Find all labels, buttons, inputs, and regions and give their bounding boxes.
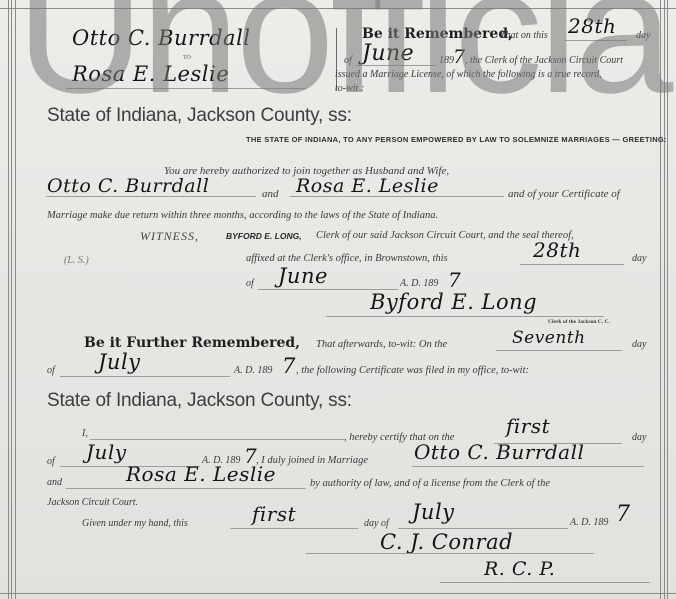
left-border-line-inner	[11, 0, 12, 599]
header-year-prefix: 189	[439, 55, 454, 66]
header-day-label: day	[636, 30, 650, 41]
header-bracket	[336, 28, 337, 90]
header-issued-text: issued a Marriage License, of which the …	[335, 69, 602, 80]
given-month-line	[398, 528, 568, 529]
seal-label: (L. S.)	[64, 255, 89, 266]
given-month: July	[412, 500, 455, 524]
state-heading-1: State of Indiana, Jackson County, ss:	[47, 105, 352, 127]
court-text: Jackson Circuit Court.	[47, 497, 138, 508]
officiant-signature: C. J. Conrad	[380, 530, 513, 554]
header-bride-name: Rosa E. Leslie	[72, 62, 229, 86]
further-day-word: Seventh	[512, 328, 586, 348]
license-of-label: of	[246, 278, 254, 289]
license-day-line	[520, 264, 624, 265]
state-heading-2: State of Indiana, Jackson County, ss:	[47, 390, 352, 412]
that-on-this-text: That on this	[500, 30, 548, 41]
given-ad-label: A. D. 189	[570, 517, 608, 528]
header-year-digit: 7	[453, 46, 466, 68]
certificate-of-label: of	[47, 456, 55, 467]
certificate-groom-name: Otto C. Burrdall	[414, 440, 584, 464]
certificate-month: July	[86, 440, 127, 464]
certificate-day-label: day	[632, 432, 646, 443]
certificate-and-label: and	[47, 477, 62, 488]
certificate-bride-name: Rosa E. Leslie	[126, 462, 276, 486]
bottom-border-line	[0, 593, 676, 594]
left-border-line	[8, 0, 9, 599]
right-border-line	[660, 0, 661, 599]
right-border-line-2	[664, 0, 665, 599]
header-month: June	[362, 41, 414, 66]
given-text: Given under my hand, this	[82, 518, 188, 529]
clerk-signature-line	[326, 316, 604, 317]
greeting-line: THE STATE OF INDIANA, TO ANY PERSON EMPO…	[246, 135, 667, 144]
bride-name-line	[66, 88, 306, 89]
right-border-line-3	[667, 0, 668, 599]
left-border-line-inner-2	[15, 0, 16, 599]
certificate-text: and of your Certificate of	[508, 188, 620, 200]
clerk-signature: Byford E. Long	[370, 290, 537, 314]
officiant-title-line	[440, 582, 650, 583]
officiant-name-line	[90, 439, 344, 440]
marriage-record-page: Otto C. Burrdall TO Rosa E. Leslie Be it…	[0, 0, 676, 599]
license-ad-label: A. D. 189	[400, 278, 438, 289]
certificate-i-label: I,	[82, 428, 88, 439]
header-to-label: TO	[183, 55, 191, 61]
further-month: July	[98, 350, 141, 374]
license-bride-line	[290, 196, 504, 197]
clerk-name-printed: BYFORD E. LONG,	[226, 231, 302, 241]
license-day-ordinal: 28th	[533, 238, 581, 262]
license-groom-line	[46, 196, 256, 197]
certificate-day-word: first	[506, 414, 550, 438]
witness-label: WITNESS,	[140, 229, 199, 244]
given-day: first	[252, 502, 296, 526]
further-of-label: of	[47, 365, 55, 376]
clerk-title: Clerk of the Jackson C. C.	[548, 319, 610, 325]
authority-text: by authority of law, and of a license fr…	[310, 478, 550, 489]
header-groom-name: Otto C. Burrdall	[72, 26, 251, 50]
given-day-line	[230, 528, 358, 529]
license-bride-name: Rosa E. Leslie	[296, 175, 439, 197]
afterwards-text: That afterwards, to-wit: On the	[316, 339, 447, 350]
header-of-label: of	[344, 55, 352, 66]
given-year-digit: 7	[616, 502, 631, 527]
header-day-line	[565, 40, 627, 41]
officiant-title: R. C. P.	[484, 558, 555, 580]
return-text: Marriage make due return within three mo…	[47, 210, 438, 221]
header-day-ordinal: 28th	[568, 14, 616, 38]
be-it-remembered-heading: Be it Remembered,	[362, 26, 513, 42]
further-day-label: day	[632, 339, 646, 350]
further-year-digit: 7	[282, 354, 296, 378]
header-to-wit: to-wit :	[335, 83, 364, 94]
top-border-line	[0, 8, 676, 9]
officiant-signature-line	[306, 553, 594, 554]
day-of-label: day of	[364, 518, 389, 529]
license-groom-name: Otto C. Burrdall	[47, 175, 209, 197]
further-ad-label: A. D. 189	[234, 365, 272, 376]
certificate-bride-line	[66, 488, 306, 489]
filed-text: , the following Certificate was filed in…	[296, 365, 529, 376]
further-day-line	[496, 350, 622, 351]
certificate-groom-line	[412, 466, 644, 467]
header-clerk-text: , the Clerk of the Jackson Circuit Court	[465, 55, 623, 66]
further-month-line	[60, 376, 230, 377]
affixed-text: affixed at the Clerk's office, in Browns…	[246, 253, 448, 264]
license-and-label: and	[262, 188, 279, 200]
license-year-digit: 7	[448, 268, 461, 292]
license-month: June	[278, 264, 328, 288]
license-day-label: day	[632, 253, 646, 264]
further-remembered-heading: Be it Further Remembered,	[84, 335, 300, 351]
